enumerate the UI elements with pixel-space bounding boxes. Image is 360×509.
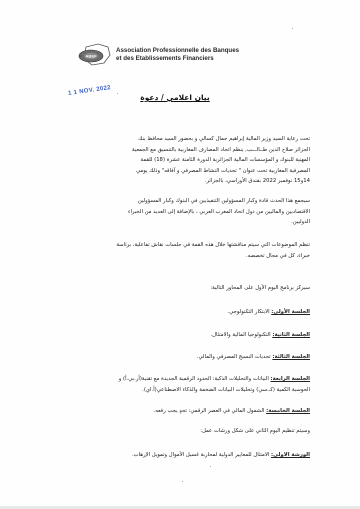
scan-speck	[117, 93, 118, 94]
abef-logo-icon: ABEF	[78, 41, 112, 69]
session-label: الجلسة الخامسة:	[266, 408, 310, 414]
gathering-line: الدوليين.	[44, 217, 310, 228]
session-label: الجلسة الأولى:	[271, 309, 310, 315]
intro-line: 14و15 نوفمبر 2022 بفندق الأوراسي، بالجزا…	[44, 176, 310, 187]
session-4-continuation: الحوسبة الكمية (كـ.سي) وتحليلات البيانات…	[142, 385, 310, 396]
gathering-line: الاقتصاديين والماليين من دول اتحاد المغر…	[44, 207, 310, 218]
session-label: الجلسة الثانية:	[272, 332, 310, 338]
scan-speck	[292, 28, 293, 29]
gathering-line: سيجمع هذا الحدث قادة وكبار المسؤولين الت…	[44, 196, 310, 207]
scan-speck	[182, 481, 183, 482]
session-label: الجلسة الرابعة:	[271, 376, 310, 382]
day-two-intro: وسيتم تنظيم اليوم الثاني على شكل ورشات ع…	[200, 426, 310, 437]
intro-line: المصرفية المغاربية تحت عنوان " تحديات ال…	[44, 166, 310, 177]
session-1: الجلسة الأولى: الابتكار التكنولوجي.	[228, 307, 310, 318]
session-2: الجلسة الثانية: التكنولوجيا المالية والا…	[210, 330, 310, 341]
organization-name: Association Professionnelle des Banques …	[116, 47, 239, 63]
document-title: بيان اعلامي / دعوة	[139, 93, 211, 102]
session-text: تحديات النسيج المصرفي والمالي.	[197, 354, 273, 360]
session-text: التكنولوجيا المالية والامتثال.	[210, 332, 272, 338]
workshop-text: الامتثال للمعايير الدولية لمحاربة غسيل ا…	[132, 452, 271, 458]
intro-line: الجزائر صلاح الدين طــالـــب, ينظم اتحاد…	[44, 145, 310, 156]
intro-line: تحت رعاية السيد وزير المالية إبراهيم جما…	[44, 134, 310, 145]
session-4: الجلسة الرابعة: البيانات والتحليلات الذك…	[119, 374, 310, 385]
workshop-label: الورشة الاولى:	[271, 452, 310, 458]
scan-speck	[210, 466, 211, 467]
session-text: الشمول المالي في العصر الرقمي: تحدٍ يجب …	[154, 408, 267, 414]
logo-text: ABEF	[86, 54, 97, 59]
session-3: الجلسة الثالثة: تحديات النسيج المصرفي وا…	[197, 352, 310, 363]
org-name-line1: Association Professionnelle des Banques	[116, 47, 239, 55]
document-page: ABEF Association Professionnelle des Ban…	[0, 0, 360, 509]
session-label: الجلسة الثالثة:	[272, 354, 310, 360]
day-one-intro: سيركز برنامج اليوم الأول على المحاور الت…	[210, 283, 310, 294]
session-text: الابتكار التكنولوجي.	[228, 309, 272, 315]
topics-line: تنظم الموضوعات التي سيتم مناقشتها خلال ه…	[44, 240, 310, 251]
letterhead: ABEF Association Professionnelle des Ban…	[78, 40, 278, 70]
topics-paragraph: تنظم الموضوعات التي سيتم مناقشتها خلال ه…	[44, 240, 310, 261]
workshop-1: الورشة الاولى: الامتثال للمعايير الدولية…	[132, 450, 310, 461]
session-text: البيانات والتحليلات الذكية: الحدود الرقم…	[119, 376, 271, 382]
intro-paragraph: تحت رعاية السيد وزير المالية إبراهيم جما…	[44, 134, 310, 187]
session-5: الجلسة الخامسة: الشمول المالي في العصر ا…	[154, 406, 310, 417]
topics-line: خبراء، كل في مجال تخصصه.	[44, 251, 310, 262]
intro-line: المهنية للبنوك و المؤسسات المالية الجزائ…	[44, 155, 310, 166]
gathering-paragraph: سيجمع هذا الحدث قادة وكبار المسؤولين الت…	[44, 196, 310, 228]
org-name-line2: et des Etablissements Financiers	[116, 55, 239, 63]
date-stamp: 1 1 NOV. 2022	[68, 85, 111, 97]
